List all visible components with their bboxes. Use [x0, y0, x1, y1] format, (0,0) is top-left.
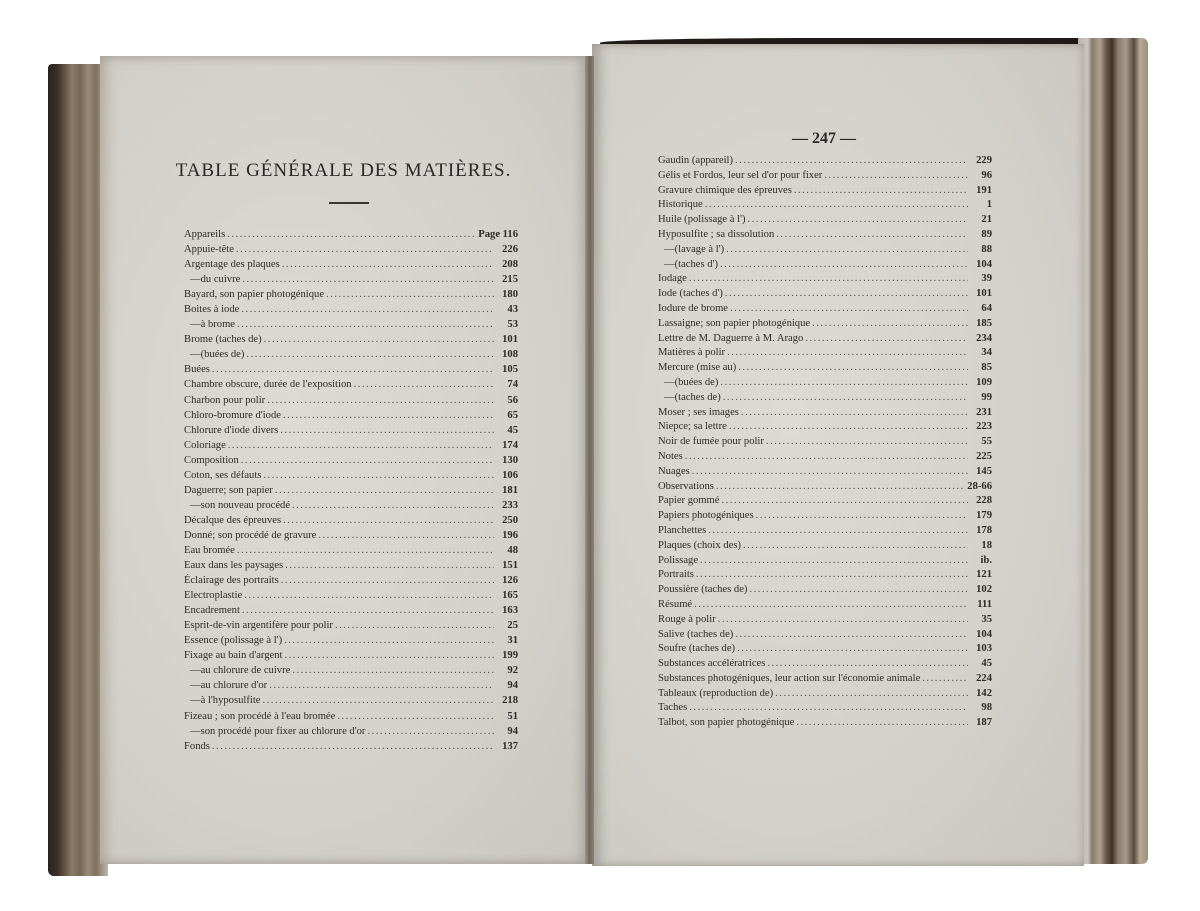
toc-entry-label: Gravure chimique des épreuves [658, 183, 792, 198]
toc-entry-label: Gélis et Fordos, leur sel d'or pour fixe… [658, 168, 822, 183]
toc-entry-label: Rouge à polir [658, 612, 716, 627]
toc-entry-page: 103 [970, 641, 992, 656]
sub-entry-dash: — [664, 390, 675, 405]
toc-entry-page: 51 [496, 709, 518, 724]
toc-entry: Notes225 [658, 449, 992, 464]
toc-entry: Fixage au bain d'argent199 [184, 648, 518, 663]
dot-leader [729, 419, 968, 434]
toc-entry-label: Éclairage des portraits [184, 573, 279, 588]
dot-leader [354, 377, 494, 392]
dot-leader [766, 434, 968, 449]
toc-entry-label: Historique [658, 197, 703, 212]
toc-entry-page: 111 [970, 597, 992, 612]
toc-entry-label: Huile (polissage à l') [658, 212, 746, 227]
toc-entry: Chloro-bromure d'iode65 [184, 408, 518, 423]
toc-entry-label: Eau bromée [184, 543, 235, 558]
toc-entry: Éclairage des portraits126 [184, 573, 518, 588]
toc-entry: —à l'hyposulfite218 [184, 693, 518, 708]
dot-leader [696, 567, 968, 582]
toc-entry: Hyposulfite ; sa dissolution89 [658, 227, 992, 242]
toc-entry-page: 163 [496, 603, 518, 618]
toc-entry: Bayard, son papier photogénique180 [184, 287, 518, 302]
toc-entry-page: 174 [496, 438, 518, 453]
toc-entry-label: Niepce; sa lettre [658, 419, 727, 434]
toc-entry-label: Esprit-de-vin argentifère pour polir [184, 618, 333, 633]
toc-entry: Polissageib. [658, 553, 992, 568]
toc-entry-label: (taches de) [675, 390, 721, 405]
toc-entry-page: 225 [970, 449, 992, 464]
dot-leader [318, 528, 494, 543]
book-right-edge [1078, 38, 1148, 864]
toc-entry-page: 223 [970, 419, 992, 434]
toc-entry: Electroplastie165 [184, 588, 518, 603]
dot-leader [275, 483, 494, 498]
toc-entry: Poussière (taches de)102 [658, 582, 992, 597]
toc-entry: Chambre obscure, durée de l'exposition74 [184, 377, 518, 392]
toc-entry-page: 25 [496, 618, 518, 633]
toc-entry: Salive (taches de)104 [658, 627, 992, 642]
toc-entry-page: 108 [496, 347, 518, 362]
dot-leader [280, 423, 494, 438]
dot-leader [737, 641, 968, 656]
dot-leader [722, 493, 969, 508]
toc-entry-label: Soufre (taches de) [658, 641, 735, 656]
toc-entry-page: 45 [970, 656, 992, 671]
toc-entry-page: 178 [970, 523, 992, 538]
toc-entry: Fonds137 [184, 739, 518, 754]
toc-entry-label: au chlorure de cuivre [201, 663, 291, 678]
toc-entry-label: Electroplastie [184, 588, 242, 603]
toc-entry-label: Charbon pour polir [184, 393, 265, 408]
toc-entry-label: Buées [184, 362, 210, 377]
toc-entry: Coton, ses défauts106 [184, 468, 518, 483]
dot-leader [227, 227, 476, 242]
toc-entry-label: Lettre de M. Daguerre à M. Arago [658, 331, 803, 346]
toc-entry: —du cuivre215 [184, 272, 518, 287]
toc-entry-page: 101 [970, 286, 992, 301]
dot-leader [264, 332, 494, 347]
toc-entry-label: son nouveau procédé [201, 498, 290, 513]
dot-leader [236, 242, 494, 257]
toc-entry: Esprit-de-vin argentifère pour polir25 [184, 618, 518, 633]
toc-entry-label: Coton, ses défauts [184, 468, 261, 483]
toc-entry: Gravure chimique des épreuves191 [658, 183, 992, 198]
toc-entry-page: 226 [496, 242, 518, 257]
toc-entry-label: (buées de) [675, 375, 719, 390]
dot-leader [284, 633, 494, 648]
toc-entry: Coloriage174 [184, 438, 518, 453]
dot-leader [267, 393, 494, 408]
toc-entry-label: (buées de) [201, 347, 245, 362]
toc-entry-label: Portraits [658, 567, 694, 582]
dot-leader [726, 242, 968, 257]
dot-leader [756, 508, 968, 523]
dot-leader [281, 573, 494, 588]
toc-entry-label: Chlorure d'iode divers [184, 423, 278, 438]
toc-entry: —au chlorure d'or94 [184, 678, 518, 693]
toc-entry-label: Chloro-bromure d'iode [184, 408, 281, 423]
toc-entry-label: Moser ; ses images [658, 405, 739, 420]
toc-entry: Charbon pour polir56 [184, 393, 518, 408]
toc-entry-label: Observations [658, 479, 714, 494]
toc-entry-label: Plaques (choix des) [658, 538, 741, 553]
toc-entry-label: Polissage [658, 553, 698, 568]
page-title: TABLE GÉNÉRALE DES MATIÈRES. [100, 160, 587, 182]
toc-entry-page: 65 [496, 408, 518, 423]
toc-entry-label: Appareils [184, 227, 225, 242]
toc-entry-label: Salive (taches de) [658, 627, 733, 642]
toc-entry-label: à brome [201, 317, 235, 332]
toc-entry-label: Papier gommé [658, 493, 720, 508]
toc-entry-page: 92 [496, 663, 518, 678]
dot-leader [767, 656, 968, 671]
toc-entry-page: 187 [970, 715, 992, 730]
dot-leader [694, 597, 968, 612]
toc-entry-label: Décalque des épreuves [184, 513, 281, 528]
dot-leader [242, 603, 494, 618]
toc-entry-page: 99 [970, 390, 992, 405]
dot-leader [283, 408, 494, 423]
dot-leader [269, 678, 494, 693]
sub-entry-dash: — [190, 347, 201, 362]
dot-leader [741, 405, 968, 420]
toc-entry-page: 199 [496, 648, 518, 663]
toc-entry: Eaux dans les paysages151 [184, 558, 518, 573]
dot-leader [263, 468, 494, 483]
toc-entry: —au chlorure de cuivre92 [184, 663, 518, 678]
dot-leader [775, 686, 968, 701]
toc-entry-label: Matières à polir [658, 345, 725, 360]
dot-leader [689, 271, 968, 286]
dot-leader [738, 360, 968, 375]
toc-entry-label: Bayard, son papier photogénique [184, 287, 324, 302]
dot-leader [692, 464, 968, 479]
toc-entry-page: 218 [496, 693, 518, 708]
toc-entry-label: Tableaux (reproduction de) [658, 686, 773, 701]
toc-entry-page: 233 [496, 498, 518, 513]
toc-entry-page: 228 [970, 493, 992, 508]
sub-entry-dash: — [190, 663, 201, 678]
dot-leader [716, 479, 965, 494]
toc-entry-label: (taches d') [675, 257, 718, 272]
toc-entry-label: (lavage à l') [675, 242, 725, 257]
toc-entry: Résumé111 [658, 597, 992, 612]
toc-entry-label: Planchettes [658, 523, 706, 538]
toc-entry-label: Taches [658, 700, 687, 715]
dot-leader [237, 543, 494, 558]
toc-entry-page: 39 [970, 271, 992, 286]
dot-leader [743, 538, 968, 553]
dot-leader [285, 648, 495, 663]
toc-entry-page: 45 [496, 423, 518, 438]
toc-entry-page: 21 [970, 212, 992, 227]
toc-entry-label: Fizeau ; son procédé à l'eau bromée [184, 709, 335, 724]
dot-leader [730, 301, 968, 316]
toc-entry: Mercure (mise au)85 [658, 360, 992, 375]
toc-entry-label: à l'hyposulfite [201, 693, 261, 708]
toc-entry: Boites à iode43 [184, 302, 518, 317]
dot-leader [335, 618, 494, 633]
toc-entry-page: 234 [970, 331, 992, 346]
toc-entry: Soufre (taches de)103 [658, 641, 992, 656]
toc-entry-label: Essence (polissage à l') [184, 633, 282, 648]
dot-leader [725, 286, 968, 301]
toc-entry-page: 94 [496, 724, 518, 739]
dot-leader [796, 715, 968, 730]
toc-entry-label: Iodure de brome [658, 301, 728, 316]
toc-entry: Iode (taches d')101 [658, 286, 992, 301]
dot-leader [326, 287, 494, 302]
toc-entry-label: Brome (taches de) [184, 332, 262, 347]
toc-entry-page: 88 [970, 242, 992, 257]
dot-leader [720, 257, 968, 272]
toc-entry: Portraits121 [658, 567, 992, 582]
toc-entry-label: Talbot, son papier photogénique [658, 715, 794, 730]
dot-leader [242, 272, 494, 287]
toc-entry-page: 151 [496, 558, 518, 573]
toc-entry-page: 56 [496, 393, 518, 408]
toc-entry-page: 191 [970, 183, 992, 198]
dot-leader [720, 375, 968, 390]
toc-entry-page: 121 [970, 567, 992, 582]
toc-entry-label: Lassaigne; son papier photogénique [658, 316, 810, 331]
toc-entry: Argentage des plaques208 [184, 257, 518, 272]
toc-entry-page: 181 [496, 483, 518, 498]
toc-entry: Nuages145 [658, 464, 992, 479]
toc-entry-page: 94 [496, 678, 518, 693]
toc-entry-label: Substances photogéniques, leur action su… [658, 671, 920, 686]
toc-entry-label: Chambre obscure, durée de l'exposition [184, 377, 352, 392]
toc-entry: Iodure de brome64 [658, 301, 992, 316]
toc-entry-page: 229 [970, 153, 992, 168]
toc-entry-page: 35 [970, 612, 992, 627]
toc-entry: Historique1 [658, 197, 992, 212]
toc-entry: Planchettes178 [658, 523, 992, 538]
dot-leader [708, 523, 968, 538]
toc-entry: Buées105 [184, 362, 518, 377]
dot-leader [718, 612, 968, 627]
toc-entry-page: Page 116 [478, 227, 518, 242]
toc-entry-label: Substances accélératrices [658, 656, 765, 671]
toc-entry-page: 48 [496, 543, 518, 558]
dot-leader [705, 197, 968, 212]
title-rule-divider [329, 202, 369, 204]
toc-entry-page: 18 [970, 538, 992, 553]
toc-entry: —(buées de)109 [658, 375, 992, 390]
toc-entry-label: au chlorure d'or [201, 678, 268, 693]
dot-leader [723, 390, 968, 405]
toc-entry: AppareilsPage 116 [184, 227, 518, 242]
toc-entry-page: 145 [970, 464, 992, 479]
dot-leader [367, 724, 494, 739]
dot-leader [246, 347, 494, 362]
toc-entry-page: 104 [970, 627, 992, 642]
sub-entry-dash: — [190, 724, 201, 739]
sub-entry-dash: — [190, 317, 201, 332]
toc-entry-label: Donné; son procédé de gravure [184, 528, 316, 543]
toc-entry: Gaudin (appareil)229 [658, 153, 992, 168]
toc-entry-label: Poussière (taches de) [658, 582, 747, 597]
toc-entry-page: 196 [496, 528, 518, 543]
toc-entry: Gélis et Fordos, leur sel d'or pour fixe… [658, 168, 992, 183]
toc-entry-label: Fixage au bain d'argent [184, 648, 283, 663]
toc-entry-page: 231 [970, 405, 992, 420]
dot-leader [776, 227, 968, 242]
sub-entry-dash: — [664, 257, 675, 272]
toc-entry-page: 109 [970, 375, 992, 390]
dot-leader [283, 513, 494, 528]
dot-leader [292, 663, 494, 678]
toc-entry-page: 74 [496, 377, 518, 392]
toc-entry-page: 53 [496, 317, 518, 332]
toc-entry-label: Eaux dans les paysages [184, 558, 283, 573]
toc-entry: Brome (taches de)101 [184, 332, 518, 347]
dot-leader [285, 558, 494, 573]
toc-entry: Talbot, son papier photogénique187 [658, 715, 992, 730]
toc-entry-label: Composition [184, 453, 239, 468]
toc-entry-page: 106 [496, 468, 518, 483]
dot-leader [241, 453, 494, 468]
toc-entry-page: 104 [970, 257, 992, 272]
dot-leader [292, 498, 494, 513]
toc-entry: Iodage39 [658, 271, 992, 286]
dot-leader [922, 671, 968, 686]
book-left-edge [48, 64, 108, 876]
toc-entry: —son nouveau procédé233 [184, 498, 518, 513]
toc-entry: Composition130 [184, 453, 518, 468]
toc-entry-label: Daguerre; son papier [184, 483, 273, 498]
dot-leader [794, 183, 968, 198]
dot-leader [244, 588, 494, 603]
toc-entry-label: Résumé [658, 597, 692, 612]
toc-entry: Encadrement163 [184, 603, 518, 618]
toc-entry: —son procédé pour fixer au chlorure d'or… [184, 724, 518, 739]
toc-entry: Taches98 [658, 700, 992, 715]
toc-entry-label: Noir de fumée pour polir [658, 434, 764, 449]
toc-entry-page: 85 [970, 360, 992, 375]
toc-entry: Substances photogéniques, leur action su… [658, 671, 992, 686]
toc-left-list: AppareilsPage 116Appuie-tête226Argentage… [184, 227, 518, 754]
dot-leader [685, 449, 968, 464]
toc-entry-page: 1 [970, 197, 992, 212]
dot-leader [700, 553, 968, 568]
toc-entry-page: ib. [970, 553, 992, 568]
dot-leader [689, 700, 968, 715]
toc-entry: Appuie-tête226 [184, 242, 518, 257]
toc-entry: —(buées de)108 [184, 347, 518, 362]
toc-entry-page: 34 [970, 345, 992, 360]
toc-entry: —(taches d')104 [658, 257, 992, 272]
dot-leader [282, 257, 494, 272]
toc-entry: Substances accélératrices45 [658, 656, 992, 671]
toc-entry-page: 89 [970, 227, 992, 242]
toc-entry: Rouge à polir35 [658, 612, 992, 627]
dot-leader [735, 627, 968, 642]
toc-entry: Tableaux (reproduction de)142 [658, 686, 992, 701]
toc-entry: —à brome53 [184, 317, 518, 332]
dot-leader [805, 331, 968, 346]
toc-entry-page: 208 [496, 257, 518, 272]
toc-entry-page: 142 [970, 686, 992, 701]
toc-entry-label: Gaudin (appareil) [658, 153, 733, 168]
toc-entry-label: Iode (taches d') [658, 286, 723, 301]
dot-leader [237, 317, 494, 332]
toc-entry-label: Papiers photogéniques [658, 508, 754, 523]
dot-leader [228, 438, 494, 453]
toc-entry-label: du cuivre [201, 272, 241, 287]
toc-entry-page: 185 [970, 316, 992, 331]
toc-entry: Essence (polissage à l')31 [184, 633, 518, 648]
dot-leader [212, 362, 494, 377]
dot-leader [262, 693, 494, 708]
toc-entry-label: Iodage [658, 271, 687, 286]
toc-entry-page: 31 [496, 633, 518, 648]
sub-entry-dash: — [190, 272, 201, 287]
dot-leader [212, 739, 494, 754]
toc-entry: Chlorure d'iode divers45 [184, 423, 518, 438]
toc-entry-label: Mercure (mise au) [658, 360, 736, 375]
toc-entry-label: Fonds [184, 739, 210, 754]
sub-entry-dash: — [190, 498, 201, 513]
toc-entry: Moser ; ses images231 [658, 405, 992, 420]
toc-entry: Noir de fumée pour polir55 [658, 434, 992, 449]
toc-entry-label: Nuages [658, 464, 690, 479]
toc-entry-page: 96 [970, 168, 992, 183]
toc-entry-page: 130 [496, 453, 518, 468]
toc-entry-page: 126 [496, 573, 518, 588]
toc-entry-label: Notes [658, 449, 683, 464]
toc-entry: Fizeau ; son procédé à l'eau bromée51 [184, 709, 518, 724]
toc-entry-label: Appuie-tête [184, 242, 234, 257]
dot-leader [748, 212, 968, 227]
toc-entry-page: 101 [496, 332, 518, 347]
toc-entry: Décalque des épreuves250 [184, 513, 518, 528]
page-number: — 247 — [792, 130, 856, 148]
toc-entry-page: 137 [496, 739, 518, 754]
toc-entry: Niepce; sa lettre223 [658, 419, 992, 434]
toc-entry-page: 165 [496, 588, 518, 603]
toc-entry: Papiers photogéniques179 [658, 508, 992, 523]
toc-entry-label: Boites à iode [184, 302, 239, 317]
toc-entry-label: Encadrement [184, 603, 240, 618]
dot-leader [727, 345, 968, 360]
sub-entry-dash: — [190, 678, 201, 693]
toc-entry-label: Argentage des plaques [184, 257, 280, 272]
toc-entry-page: 250 [496, 513, 518, 528]
toc-entry: Papier gommé228 [658, 493, 992, 508]
dot-leader [241, 302, 494, 317]
dot-leader [812, 316, 968, 331]
toc-entry: Observations28-66 [658, 479, 992, 494]
dot-leader [824, 168, 968, 183]
toc-entry-page: 55 [970, 434, 992, 449]
toc-entry: Daguerre; son papier181 [184, 483, 518, 498]
toc-entry-page: 179 [970, 508, 992, 523]
toc-entry: Lettre de M. Daguerre à M. Arago234 [658, 331, 992, 346]
toc-entry-label: Coloriage [184, 438, 226, 453]
sub-entry-dash: — [664, 242, 675, 257]
toc-right-list: Gaudin (appareil)229Gélis et Fordos, leu… [658, 153, 992, 730]
toc-entry: Eau bromée48 [184, 543, 518, 558]
toc-entry: Matières à polir34 [658, 345, 992, 360]
sub-entry-dash: — [190, 693, 201, 708]
dot-leader [749, 582, 968, 597]
toc-entry-label: son procédé pour fixer au chlorure d'or [201, 724, 366, 739]
toc-entry: —(taches de)99 [658, 390, 992, 405]
open-book: TABLE GÉNÉRALE DES MATIÈRES. — 247 — App… [0, 0, 1200, 911]
toc-entry-page: 105 [496, 362, 518, 377]
toc-entry-page: 215 [496, 272, 518, 287]
